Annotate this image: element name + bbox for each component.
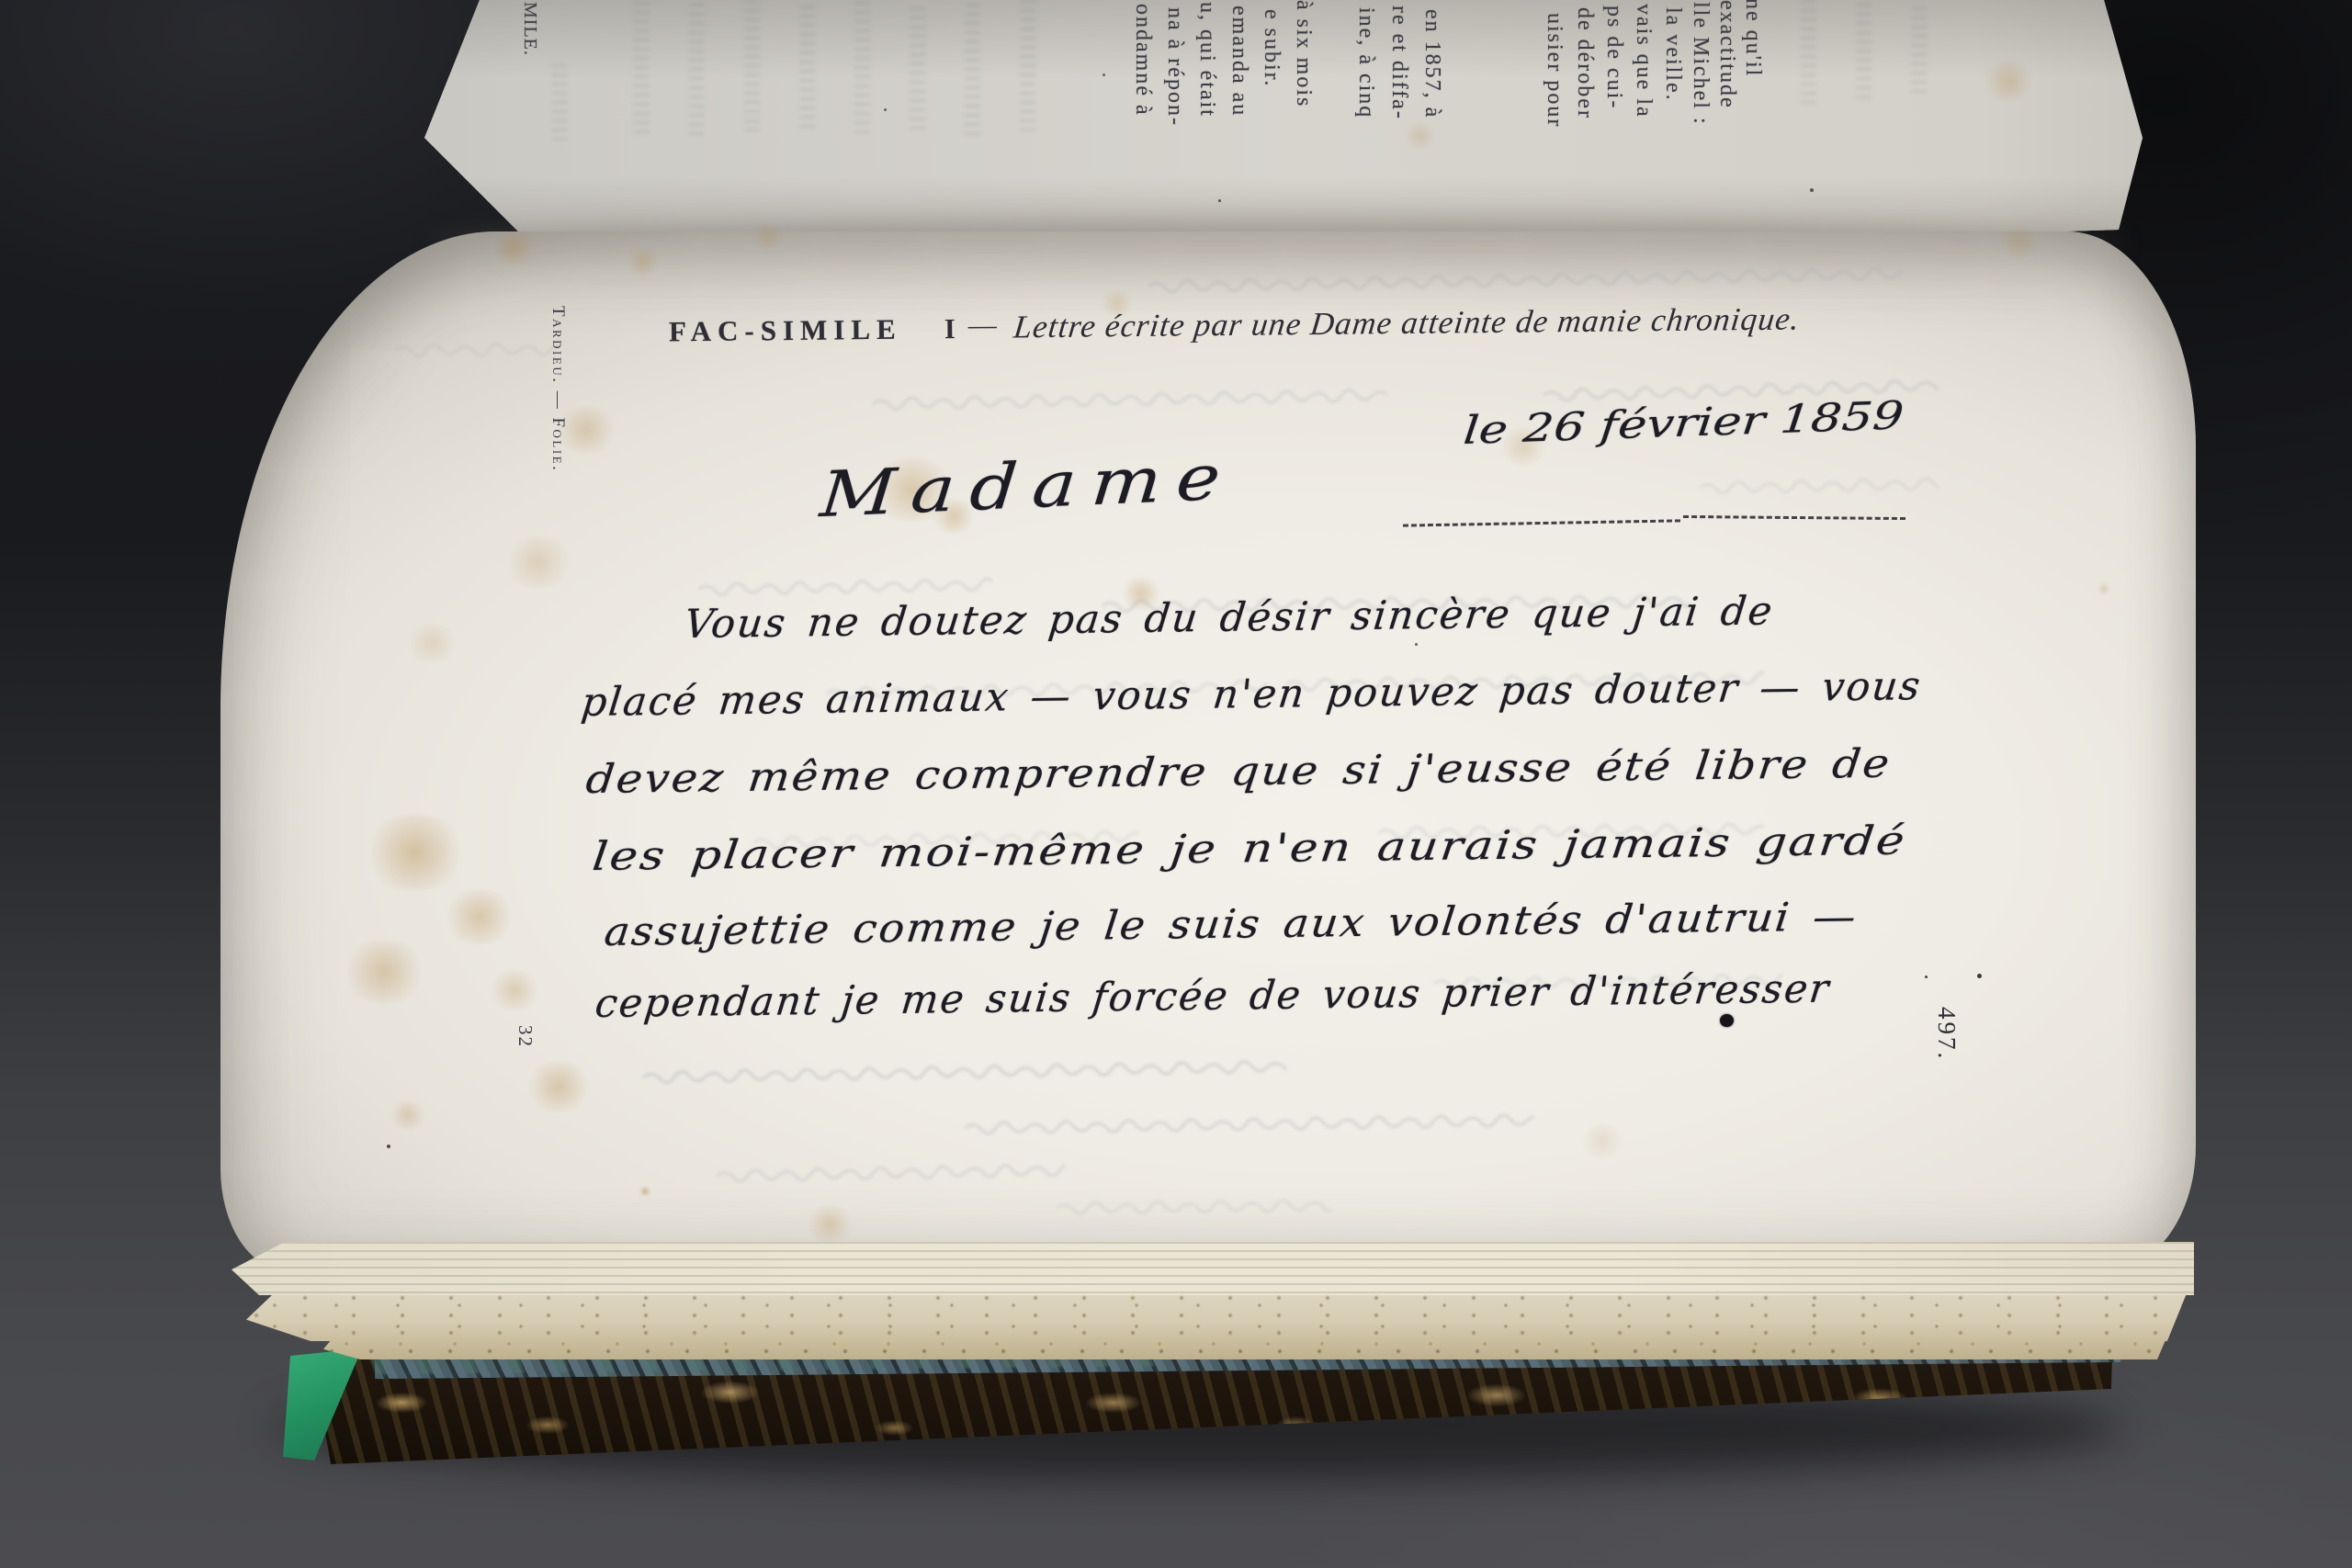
- foxing-stain: [502, 536, 575, 588]
- foxing-stain: [752, 225, 785, 248]
- plate-heading-numeral: I: [944, 312, 955, 345]
- ghost-writing-line: [1057, 1197, 1332, 1218]
- paper-speck: [1218, 199, 1221, 202]
- page-number: 497.: [1932, 1007, 1961, 1061]
- foxing-stain: [362, 815, 469, 889]
- foxing-stain: [1981, 62, 2036, 100]
- page-block-edge-band: [246, 1293, 2187, 1341]
- plate-heading-label: FAC-SIMILE: [669, 313, 902, 349]
- paper-speck: [1925, 976, 1928, 978]
- paper-speck: [1977, 974, 1982, 978]
- foxing-stain: [491, 231, 538, 265]
- ghost-writing-line: [395, 341, 560, 361]
- foxing-stain: [1578, 1124, 1626, 1157]
- paper-speck: [387, 1145, 390, 1148]
- foxing-stain: [804, 1206, 855, 1242]
- paper-speck: [1415, 643, 1418, 646]
- paper-speck: [884, 108, 887, 111]
- foxing-stain: [639, 1187, 651, 1196]
- plate-heading-separator: —: [968, 309, 997, 342]
- sheet-signature-number: 32: [514, 1025, 537, 1048]
- photo-open-book: ondamné àna à répon-u, qui étaitemanda a…: [0, 0, 2352, 1568]
- paper-speck: [1810, 188, 1814, 192]
- ink-blot: [1720, 1014, 1734, 1027]
- foxing-stain: [441, 890, 518, 944]
- foxing-stain: [388, 1101, 428, 1130]
- foxing-stain: [2097, 583, 2111, 593]
- running-sidenote-tardieu-folie: Tardieu. — Folie.: [548, 306, 568, 472]
- foxing-stain: [524, 1062, 594, 1111]
- foxing-stain: [1999, 229, 2040, 257]
- page-block-edge-band: [232, 1242, 2194, 1295]
- paper-speck: [1102, 73, 1105, 76]
- foxing-stain: [1402, 123, 1439, 149]
- foxing-stain: [340, 941, 428, 1002]
- foxing-stain: [404, 624, 459, 662]
- foxing-stain: [487, 971, 542, 1010]
- foxing-stain: [625, 249, 661, 275]
